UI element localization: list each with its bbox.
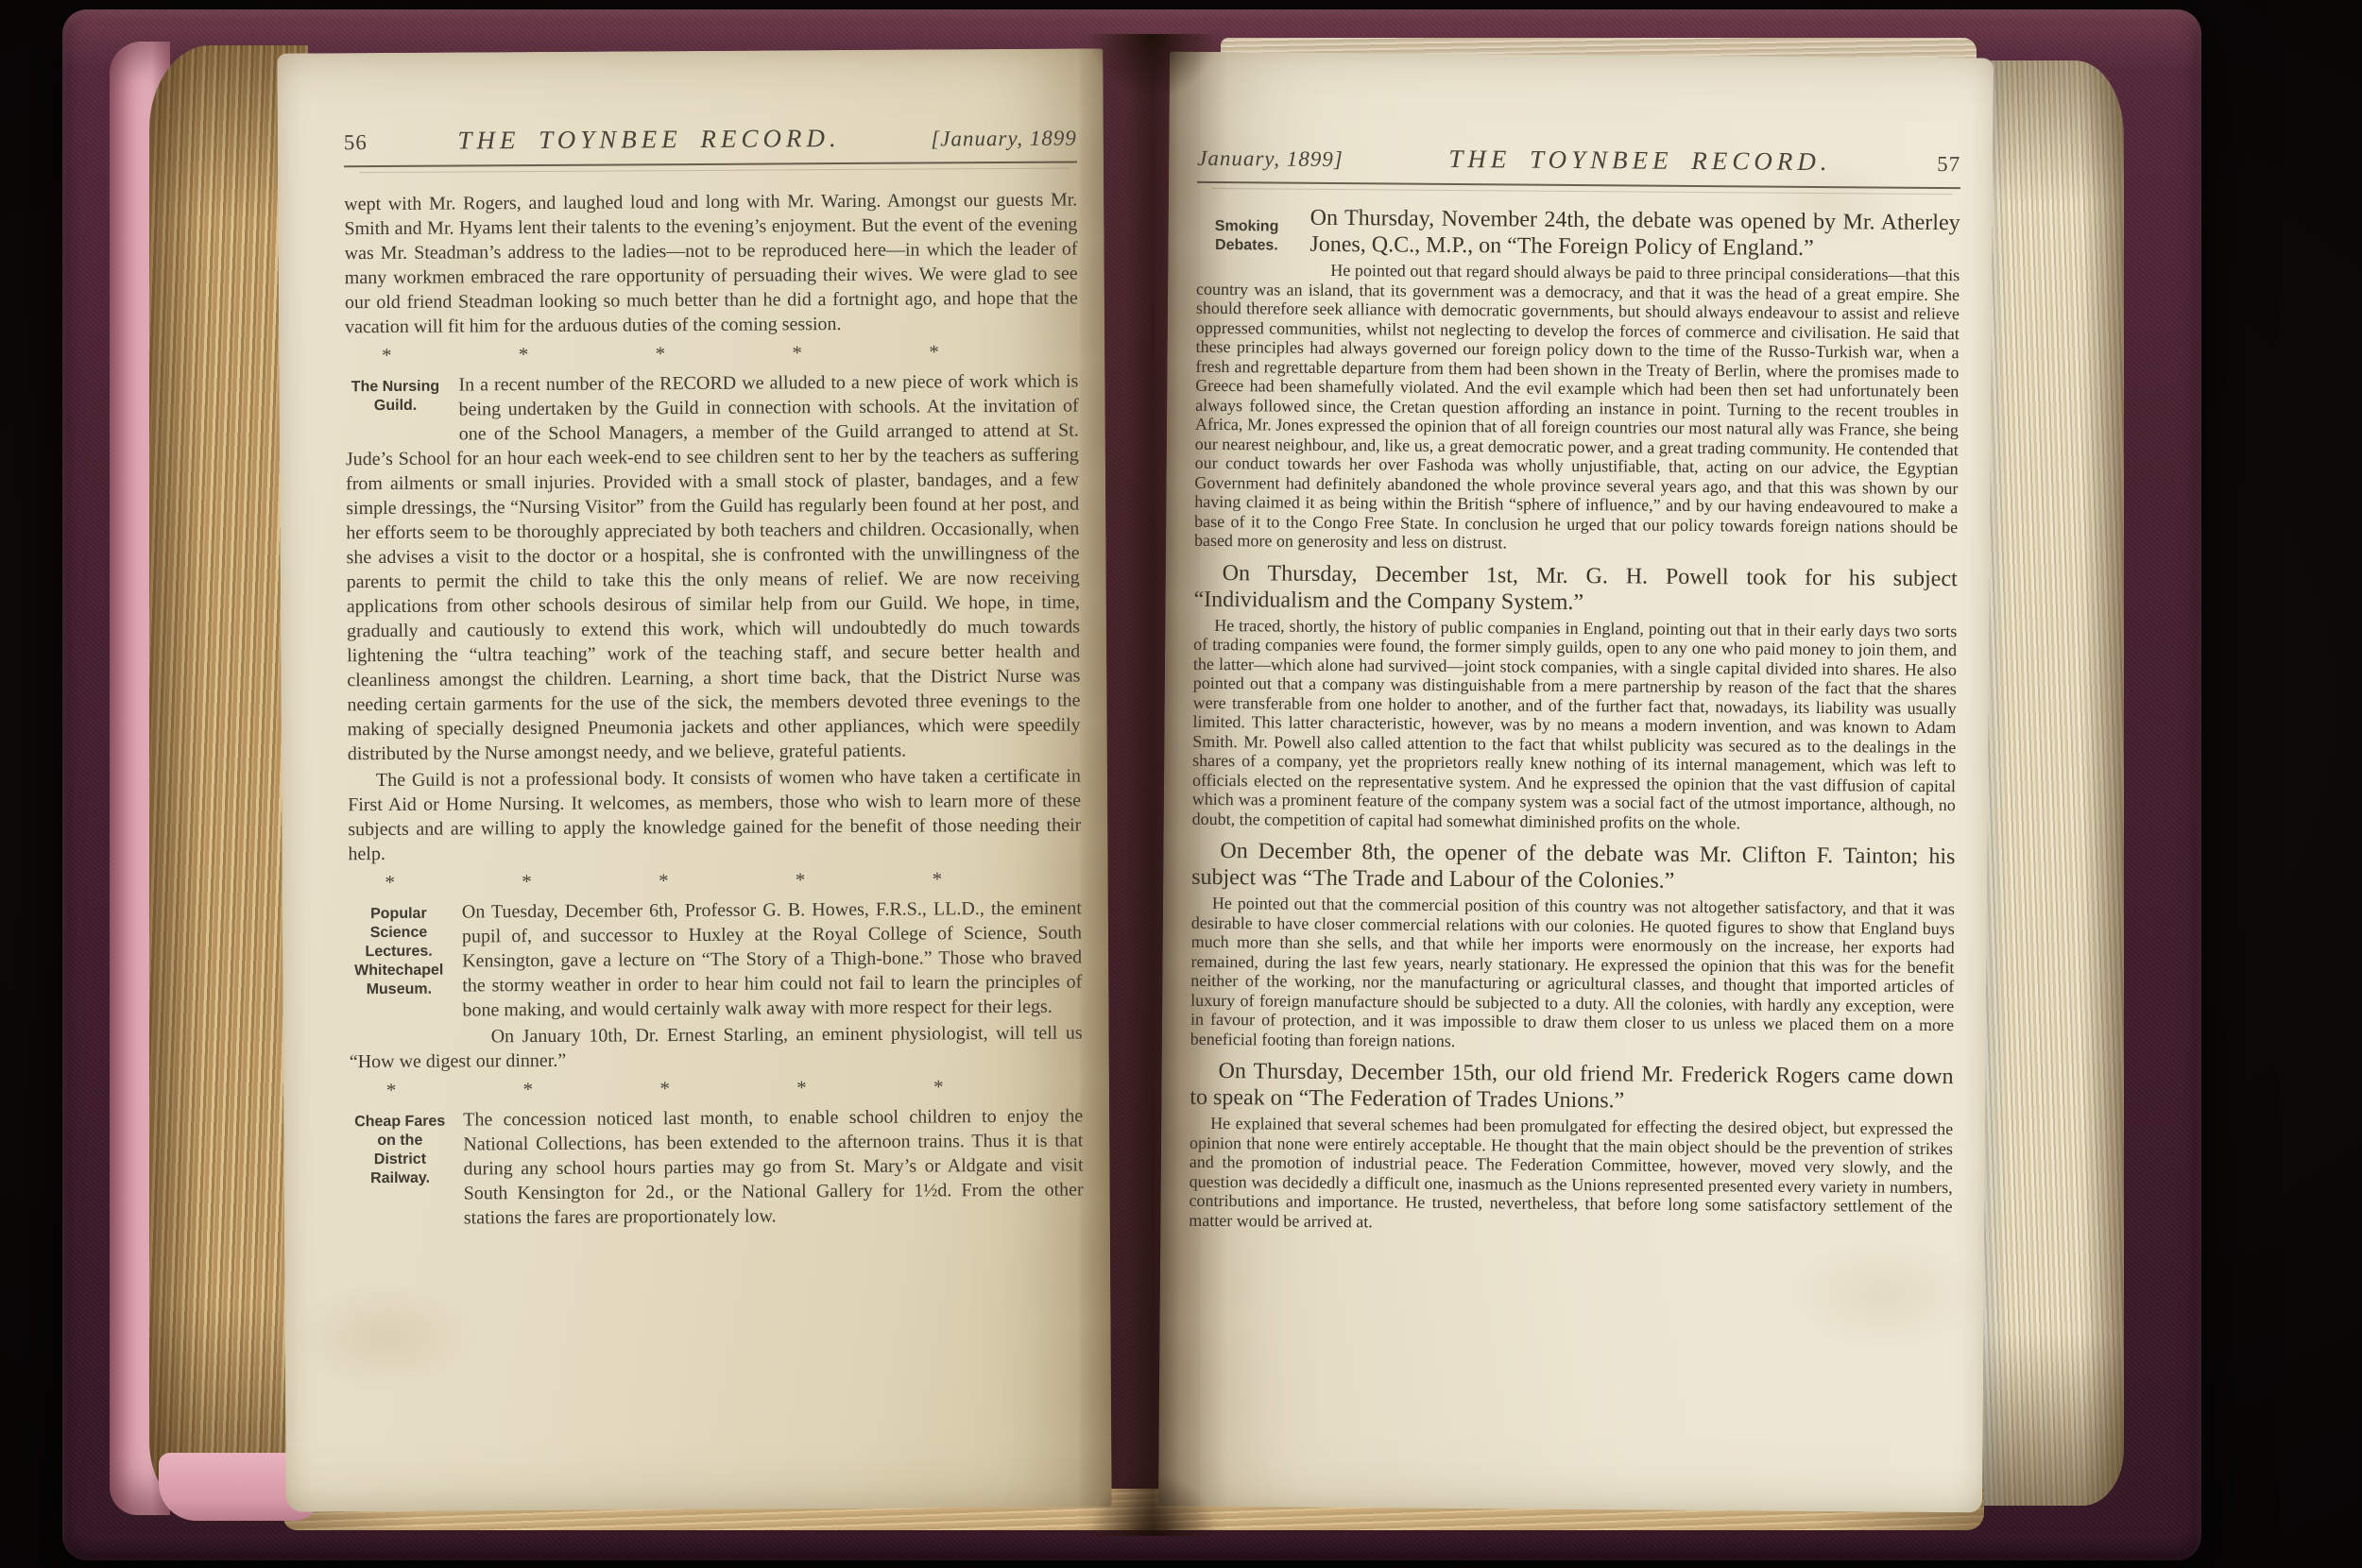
asterisk-glyph: *: [792, 341, 802, 364]
cheap-fares-text: The concession noticed last month, to en…: [463, 1105, 1084, 1228]
tainton-intro: On December 8th, the opener of the debat…: [1191, 838, 1955, 896]
right-header-rule: [1197, 181, 1960, 189]
asterisk-glyph: *: [796, 1076, 807, 1099]
asterisk-glyph: *: [519, 343, 529, 366]
asterisk-separator: * * * * *: [382, 340, 939, 366]
page-edges-right: [1973, 60, 2124, 1506]
asterisk-glyph: *: [382, 344, 392, 366]
left-issue-date: [January, 1899: [931, 127, 1077, 152]
left-page-number: 56: [344, 130, 368, 155]
left-journal-title: THE TOYNBEE RECORD.: [368, 123, 932, 156]
asterisk-glyph: *: [386, 1079, 397, 1101]
powell-intro: On Thursday, December 1st, Mr. G. H. Pow…: [1193, 559, 1957, 618]
smoking-debates-intro-text: On Thursday, November 24th, the debate w…: [1309, 206, 1960, 261]
asterisk-glyph: *: [385, 871, 395, 894]
cheap-fares-paragraph: Cheap Fares on the District Railway.The …: [350, 1103, 1084, 1231]
right-issue-date: January, 1899]: [1197, 146, 1344, 172]
asterisk-separator: * * * * *: [386, 1075, 944, 1101]
sidenote-smoking-debates: Smoking Debates.: [1196, 204, 1297, 277]
sidenote-cheap-fares: Cheap Fares on the District Railway.: [350, 1108, 451, 1208]
left-page-header: 56 THE TOYNBEE RECORD. [January, 1899: [344, 123, 1077, 157]
science-lectures-text: On Tuesday, December 6th, Professor G. B…: [462, 897, 1083, 1020]
nursing-guild-text: In a recent number of the RECORD we allu…: [346, 371, 1081, 765]
science-lectures-paragraph: Popular Science Lectures. Whitechapel Mu…: [349, 895, 1083, 1023]
right-page-number: 57: [1937, 152, 1960, 177]
asterisk-glyph: *: [933, 867, 943, 890]
photograph-background: 56 THE TOYNBEE RECORD. [January, 1899 we…: [0, 0, 2362, 1568]
rogers-body: He explained that several schemes had be…: [1189, 1114, 1953, 1236]
sidenote-nursing-guild: The Nursing Guild.: [345, 373, 445, 447]
asterisk-glyph: *: [522, 870, 532, 893]
left-header-rule: [344, 162, 1077, 168]
smoking-debates-intro: Smoking Debates.On Thursday, November 24…: [1196, 204, 1960, 263]
asterisk-glyph: *: [659, 1077, 670, 1099]
smoking-debates-body: He pointed out that regard should always…: [1194, 260, 1960, 556]
right-page-header: January, 1899] THE TOYNBEE RECORD. 57: [1197, 143, 1960, 178]
rogers-intro: On Thursday, December 15th, our old frie…: [1190, 1058, 1953, 1116]
nursing-guild-paragraph: The Nursing Guild.In a recent number of …: [345, 369, 1081, 767]
right-journal-title: THE TOYNBEE RECORD.: [1344, 144, 1938, 178]
opening-paragraph: wept with Mr. Rogers, and laughed loud a…: [344, 188, 1078, 340]
asterisk-separator: * * * * *: [385, 867, 942, 894]
left-page: 56 THE TOYNBEE RECORD. [January, 1899 we…: [277, 48, 1111, 1511]
asterisk-glyph: *: [659, 869, 669, 892]
tainton-body: He pointed out that the commercial posit…: [1190, 894, 1955, 1054]
nursing-guild-paragraph-2: The Guild is not a professional body. It…: [348, 764, 1082, 867]
asterisk-glyph: *: [933, 1075, 944, 1098]
asterisk-glyph: *: [656, 342, 666, 365]
right-page: January, 1899] THE TOYNBEE RECORD. 57 Sm…: [1158, 52, 1994, 1513]
asterisk-glyph: *: [929, 340, 939, 363]
powell-body: He traced, shortly, the history of publi…: [1192, 615, 1958, 834]
sidenote-popular-science-lectures: Popular Science Lectures. Whitechapel Mu…: [349, 900, 450, 1027]
asterisk-glyph: *: [523, 1078, 534, 1100]
asterisk-glyph: *: [796, 868, 806, 891]
science-lectures-paragraph-2: On January 10th, Dr. Ernest Starling, an…: [350, 1020, 1083, 1074]
